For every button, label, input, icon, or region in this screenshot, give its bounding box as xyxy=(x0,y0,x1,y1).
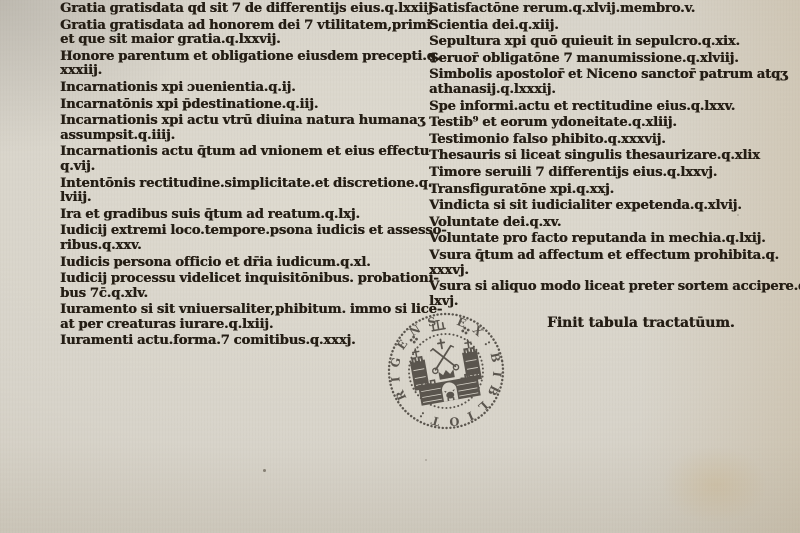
index-entry: Iudicij extremi loco.tempore.psona iudic… xyxy=(60,224,424,253)
index-entry: Satisfactōne rerum.q.xlvij.membro.v. xyxy=(429,2,781,17)
text-line: Satisfactōne rerum.q.xlvij.membro.v. xyxy=(429,2,781,17)
text-line: lviij. xyxy=(60,191,424,206)
index-entry: Transfiguratōne xpi.q.xxj. xyxy=(429,183,781,198)
text-line: Iudicij extremi loco.tempore.psona iudic… xyxy=(60,224,424,239)
bottom-shading xyxy=(0,443,800,533)
text-line: Thesauris si liceat singulis thesaurizar… xyxy=(429,149,781,164)
text-line: Ira et gradibus suis q̄tum ad reatum.q.l… xyxy=(60,208,424,223)
ink-speck xyxy=(425,459,427,461)
text-line: Iudicis persona officio et dr̄ia iudicum… xyxy=(60,256,424,271)
index-entry: Seruor̄ obligatōne 7 manumissione.q.xlvi… xyxy=(429,52,781,67)
text-line: Seruor̄ obligatōne 7 manumissione.q.xlvi… xyxy=(429,52,781,67)
foxing-stain xyxy=(640,430,790,533)
text-line: Incarnationis xpi ɔuenientia.q.ij. xyxy=(60,81,424,96)
index-entry: Spe informi.actu et rectitudine eius.q.l… xyxy=(429,100,781,115)
tower-icon xyxy=(460,339,482,382)
text-line: xxxiij. xyxy=(60,64,424,79)
text-line: Vindicta si sit iudicialiter expetenda.q… xyxy=(429,199,781,214)
text-line: q.vij. xyxy=(60,160,424,175)
text-line: Voluntate pro facto reputanda in mechia.… xyxy=(429,232,781,247)
index-entry: Iudicij processu videlicet inquisitōnibu… xyxy=(60,272,424,301)
cross-icon xyxy=(437,339,445,349)
text-line: bus 7c̄.q.xlv. xyxy=(60,287,424,302)
text-line: assumpsit.q.iiij. xyxy=(60,129,424,144)
index-entry: Ira et gradibus suis q̄tum ad reatum.q.l… xyxy=(60,208,424,223)
text-line: Iuramenti actu.forma.7 comitibus.q.xxxj. xyxy=(60,334,424,349)
ink-speck xyxy=(263,469,266,472)
index-entry: Thesauris si liceat singulis thesaurizar… xyxy=(429,149,781,164)
text-line: Timore seruili 7 differentijs eius.q.lxx… xyxy=(429,166,781,181)
text-line: Iuramento si sit vniuersaliter,phibitum.… xyxy=(60,303,424,318)
text-line: Sepultura xpi quō quieuit in sepulcro.q.… xyxy=(429,35,781,50)
index-column-right: Satisfactōne rerum.q.xlvij.membro.v.Scie… xyxy=(429,2,781,309)
text-line: Iudicij processu videlicet inquisitōnibu… xyxy=(60,272,424,287)
index-entry: Scientia dei.q.xiij. xyxy=(429,19,781,34)
text-line: ribus.q.xxv. xyxy=(60,239,424,254)
index-entry: Honore parentum et obligatione eiusdem p… xyxy=(60,50,424,79)
index-entry: Sepultura xpi quō quieuit in sepulcro.q.… xyxy=(429,35,781,50)
crown-icon xyxy=(439,370,454,379)
text-line: xxxvj. xyxy=(429,264,781,279)
index-entry: Iuramento si sit vniuersaliter,phibitum.… xyxy=(60,303,424,332)
text-line: Voluntate dei.q.xv. xyxy=(429,216,781,231)
index-column-left: Gratia gratisdata qd sit 7 de differenti… xyxy=(60,2,424,349)
text-line: Scientia dei.q.xiij. xyxy=(429,19,781,34)
text-line: Incarnationis xpi actu vtrū diuina natur… xyxy=(60,114,424,129)
index-entry: Intentōnis rectitudine.simplicitate.et d… xyxy=(60,177,424,206)
text-line: Simbolis apostolor̄ et Niceno sanctor̄ p… xyxy=(429,68,781,83)
index-entry: Vsura si aliquo modo liceat preter sorte… xyxy=(429,280,781,309)
index-entry: Incarnationis xpi actu vtrū diuina natur… xyxy=(60,114,424,143)
text-line: Honore parentum et obligatione eiusdem p… xyxy=(60,50,424,65)
text-line: athanasij.q.lxxxij. xyxy=(429,83,781,98)
index-entry: Incarnationis actu q̄tum ad vnionem et e… xyxy=(60,145,424,174)
text-line: Vsura q̄tum ad affectum et effectum proh… xyxy=(429,249,781,264)
text-line: Incarnationis actu q̄tum ad vnionem et e… xyxy=(60,145,424,160)
text-line: Testimonio falso phibito.q.xxxvij. xyxy=(429,133,781,148)
text-line: et que sit maior gratia.q.lxxvij. xyxy=(60,33,424,48)
index-entry: Gratia gratisdata ad honorem dei 7 vtili… xyxy=(60,19,424,48)
text-line: Spe informi.actu et rectitudine eius.q.l… xyxy=(429,100,781,115)
book-page: Gratia gratisdata qd sit 7 de differenti… xyxy=(0,0,800,533)
text-line: Gratia gratisdata ad honorem dei 7 vtili… xyxy=(60,19,424,34)
index-entry: Incarnatōnis xpi p̄destinatione.q.iij. xyxy=(60,98,424,113)
crossed-keys-icon xyxy=(429,345,459,374)
index-entry: Iuramenti actu.forma.7 comitibus.q.xxxj. xyxy=(60,334,424,349)
library-stamp: EX:BIBLIOT: RIGENS xyxy=(381,306,511,436)
index-entry: Vindicta si sit iudicialiter expetenda.q… xyxy=(429,199,781,214)
text-line: Incarnatōnis xpi p̄destinatione.q.iij. xyxy=(60,98,424,113)
index-entry: Testib⁹ et eorum ydoneitate.q.xliij. xyxy=(429,116,781,131)
text-line: at per creaturas iurare.q.lxiij. xyxy=(60,318,424,333)
text-line: Intentōnis rectitudine.simplicitate.et d… xyxy=(60,177,424,192)
index-entry: Simbolis apostolor̄ et Niceno sanctor̄ p… xyxy=(429,68,781,97)
index-entry: Vsura q̄tum ad affectum et effectum proh… xyxy=(429,249,781,278)
index-entry: Iudicis persona officio et dr̄ia iudicum… xyxy=(60,256,424,271)
index-entry: Voluntate pro facto reputanda in mechia.… xyxy=(429,232,781,247)
text-line: Transfiguratōne xpi.q.xxj. xyxy=(429,183,781,198)
text-line: Testib⁹ et eorum ydoneitate.q.xliij. xyxy=(429,116,781,131)
index-entry: Testimonio falso phibito.q.xxxvij. xyxy=(429,133,781,148)
index-entry: Incarnationis xpi ɔuenientia.q.ij. xyxy=(60,81,424,96)
colophon: Finit tabula tractatūum. xyxy=(547,315,735,331)
text-line: Gratia gratisdata qd sit 7 de differenti… xyxy=(60,2,424,17)
index-entry: Gratia gratisdata qd sit 7 de differenti… xyxy=(60,2,424,17)
index-entry: Timore seruili 7 differentijs eius.q.lxx… xyxy=(429,166,781,181)
text-line: Vsura si aliquo modo liceat preter sorte… xyxy=(429,280,781,295)
index-entry: Voluntate dei.q.xv. xyxy=(429,216,781,231)
